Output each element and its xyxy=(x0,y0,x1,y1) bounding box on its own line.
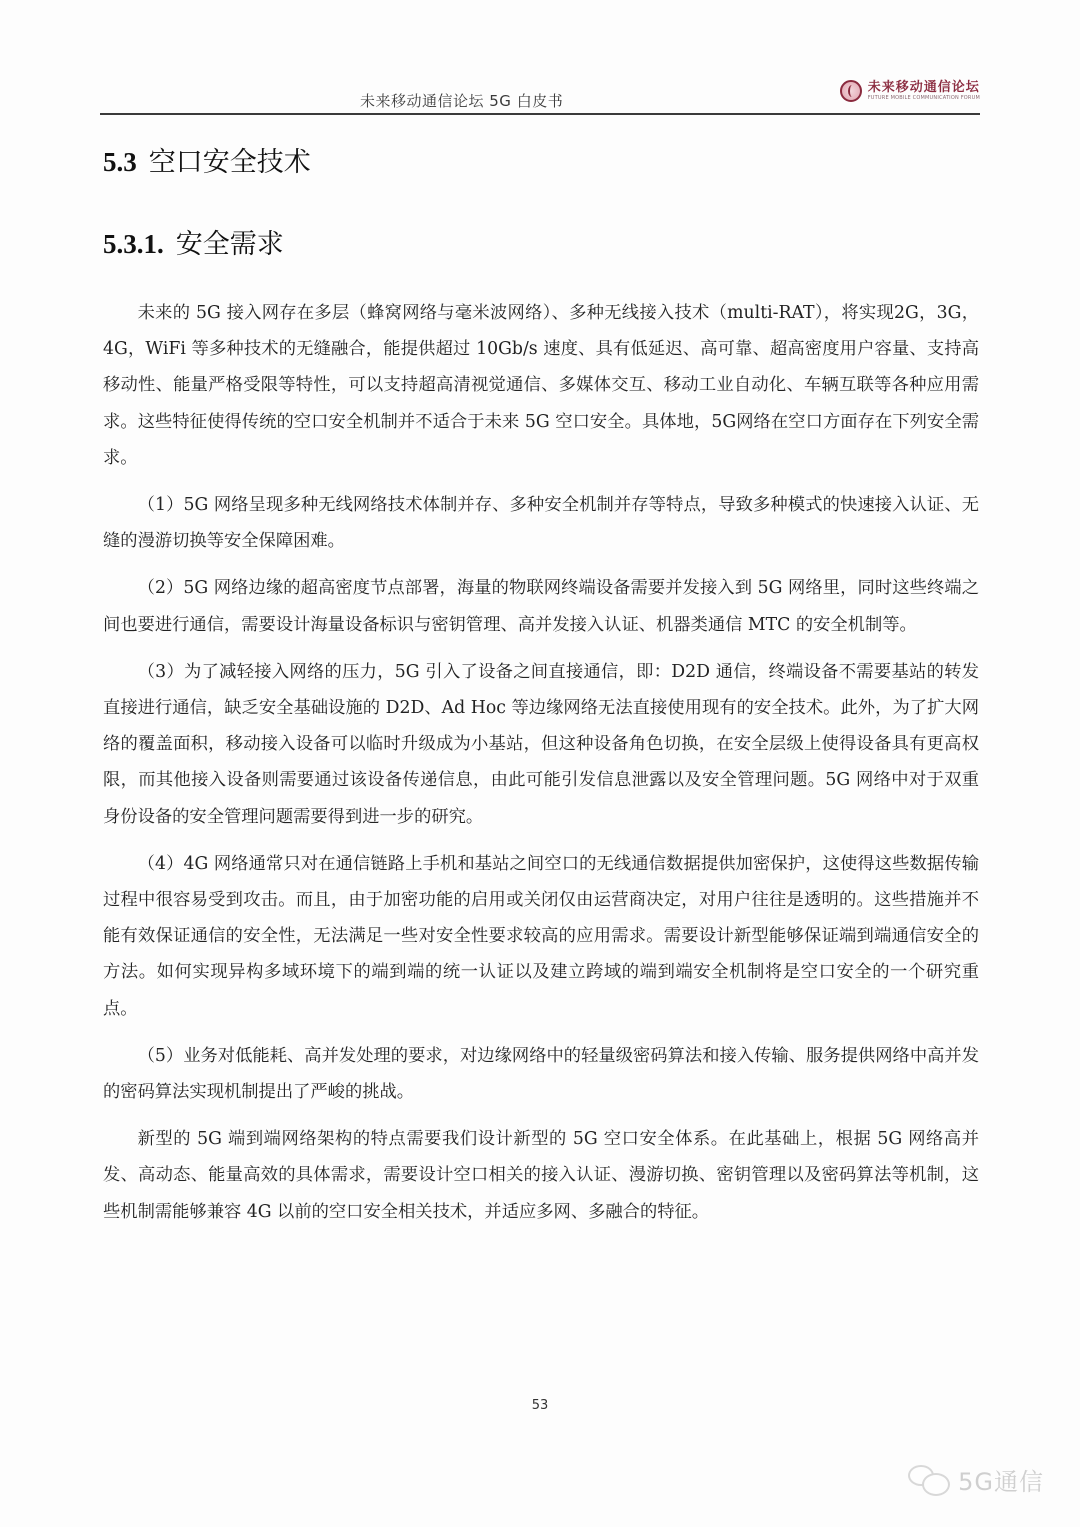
subsection-heading: 5.3.1.安全需求 xyxy=(103,222,284,261)
forum-logo-name-en: FUTURE MOBILE COMMUNICATION FORUM xyxy=(868,96,980,101)
header-divider xyxy=(100,113,980,115)
paragraph-intro: 未来的 5G 接入网存在多层（蜂窝网络与毫米波网络）、多种无线接入技术（mult… xyxy=(103,295,979,476)
page-header: 未来移动通信论坛 5G 白皮书 未来移动通信论坛 FUTURE MOBILE C… xyxy=(100,72,980,114)
watermark: 5G通信 xyxy=(908,1462,1044,1497)
forum-logo-text: 未来移动通信论坛 FUTURE MOBILE COMMUNICATION FOR… xyxy=(868,81,980,101)
subsection-number: 5.3.1. xyxy=(103,229,164,259)
subsection-title: 安全需求 xyxy=(176,229,284,260)
header-title: 未来移动通信论坛 5G 白皮书 xyxy=(360,90,563,111)
paragraph-item-3: （3）为了减轻接入网络的压力，5G 引入了设备之间直接通信，即：D2D 通信，终… xyxy=(103,654,979,835)
forum-logo: 未来移动通信论坛 FUTURE MOBILE COMMUNICATION FOR… xyxy=(840,76,980,106)
paragraph-item-2: （2）5G 网络边缘的超高密度节点部署，海量的物联网终端设备需要并发接入到 5G… xyxy=(103,570,979,642)
paragraph-item-1: （1）5G 网络呈现多种无线网络技术体制并存、多种安全机制并存等特点，导致多种模… xyxy=(103,487,979,559)
section-title: 空口安全技术 xyxy=(149,147,311,178)
paragraph-item-5: （5）业务对低能耗、高并发处理的要求，对边缘网络中的轻量级密码算法和接入传输、服… xyxy=(103,1038,979,1110)
page-number: 53 xyxy=(0,1398,1080,1413)
body-text: 未来的 5G 接入网存在多层（蜂窝网络与毫米波网络）、多种无线接入技术（mult… xyxy=(103,295,979,1230)
document-page: 未来移动通信论坛 5G 白皮书 未来移动通信论坛 FUTURE MOBILE C… xyxy=(0,0,1080,1527)
wechat-icon xyxy=(908,1463,952,1497)
watermark-label: 5G通信 xyxy=(958,1462,1044,1497)
forum-logo-name-cn: 未来移动通信论坛 xyxy=(868,81,980,94)
paragraph-conclusion: 新型的 5G 端到端网络架构的特点需要我们设计新型的 5G 空口安全体系。在此基… xyxy=(103,1121,979,1230)
section-number: 5.3 xyxy=(103,147,137,177)
section-heading: 5.3空口安全技术 xyxy=(103,140,311,179)
paragraph-item-4: （4）4G 网络通常只对在通信链路上手机和基站之间空口的无线通信数据提供加密保护… xyxy=(103,846,979,1027)
forum-logo-icon xyxy=(840,80,862,102)
